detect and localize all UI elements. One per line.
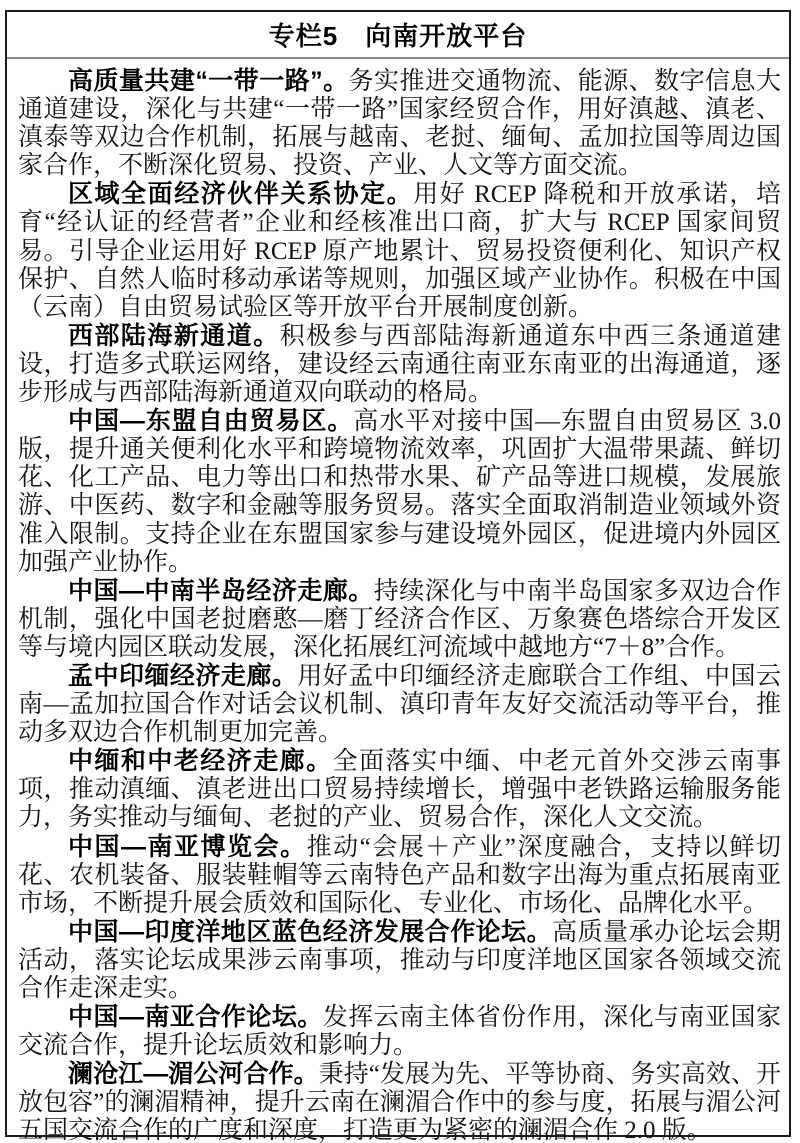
paragraph: 中国—中南半岛经济走廊。持续深化与中南半岛国家多双边合作机制，强化中国老挝磨憨—… bbox=[18, 577, 781, 662]
paragraph: 高质量共建“一带一路”。务实推进交通物流、能源、数字信息大通道建设，深化与共建“… bbox=[18, 67, 781, 180]
paragraph: 孟中印缅经济走廊。用好孟中印缅经济走廊联合工作组、中国云南—孟加拉国合作对话会议… bbox=[18, 662, 781, 747]
paragraph-lead: 高质量共建“一带一路”。 bbox=[68, 67, 349, 95]
paragraph-lead: 中国—南亚博览会。 bbox=[68, 833, 307, 861]
paragraph-lead: 中国—中南半岛经济走廊。 bbox=[68, 577, 374, 605]
paragraph-lead: 中国—东盟自由贸易区。 bbox=[68, 407, 353, 435]
paragraph: 中国—南亚博览会。推动“会展＋产业”深度融合，支持以鲜切花、农机装备、服装鞋帽等… bbox=[18, 833, 781, 918]
paragraph: 区域全面经济伙伴关系协定。用好 RCEP 降税和开放承诺，培育“经认证的经营者”… bbox=[18, 180, 781, 321]
paragraph-lead: 孟中印缅经济走廊。 bbox=[68, 662, 297, 690]
paragraph: 中缅和中老经济走廊。全面落实中缅、中老元首外交涉云南事项，推动滇缅、滇老进出口贸… bbox=[18, 747, 781, 832]
paragraph-lead: 中国—印度洋地区蓝色经济发展合作论坛。 bbox=[68, 918, 552, 946]
paragraph-lead: 澜沧江—湄公河合作。 bbox=[68, 1060, 319, 1088]
paragraph: 中国—东盟自由贸易区。高水平对接中国—东盟自由贸易区 3.0 版，提升通关便利化… bbox=[18, 407, 781, 577]
column-box-title: 专栏5 向南开放平台 bbox=[7, 12, 789, 59]
paragraph: 澜沧江—湄公河合作。秉持“发展为先、平等协商、务实高效、开放包容”的澜湄精神，提… bbox=[18, 1060, 781, 1143]
paragraph: 西部陆海新通道。积极参与西部陆海新通道东中西三条通道建设，打造多式联运网络，建设… bbox=[18, 322, 781, 407]
paragraph-lead: 西部陆海新通道。 bbox=[68, 322, 280, 350]
paragraph-lead: 中缅和中老经济走廊。 bbox=[68, 747, 333, 775]
paragraph-lead: 区域全面经济伙伴关系协定。 bbox=[68, 180, 413, 208]
column-box: 专栏5 向南开放平台 高质量共建“一带一路”。务实推进交通物流、能源、数字信息大… bbox=[5, 10, 791, 1137]
paragraph: 中国—印度洋地区蓝色经济发展合作论坛。高质量承办论坛会期活动，落实论坛成果涉云南… bbox=[18, 918, 781, 1003]
document-page: 专栏5 向南开放平台 高质量共建“一带一路”。务实推进交通物流、能源、数字信息大… bbox=[0, 0, 800, 1143]
paragraph: 中国—南亚合作论坛。发挥云南主体省份作用，深化与南亚国家交流合作，提升论坛质效和… bbox=[18, 1003, 781, 1060]
box-body: 高质量共建“一带一路”。务实推进交通物流、能源、数字信息大通道建设，深化与共建“… bbox=[7, 59, 789, 1143]
paragraph-lead: 中国—南亚合作论坛。 bbox=[68, 1003, 323, 1031]
